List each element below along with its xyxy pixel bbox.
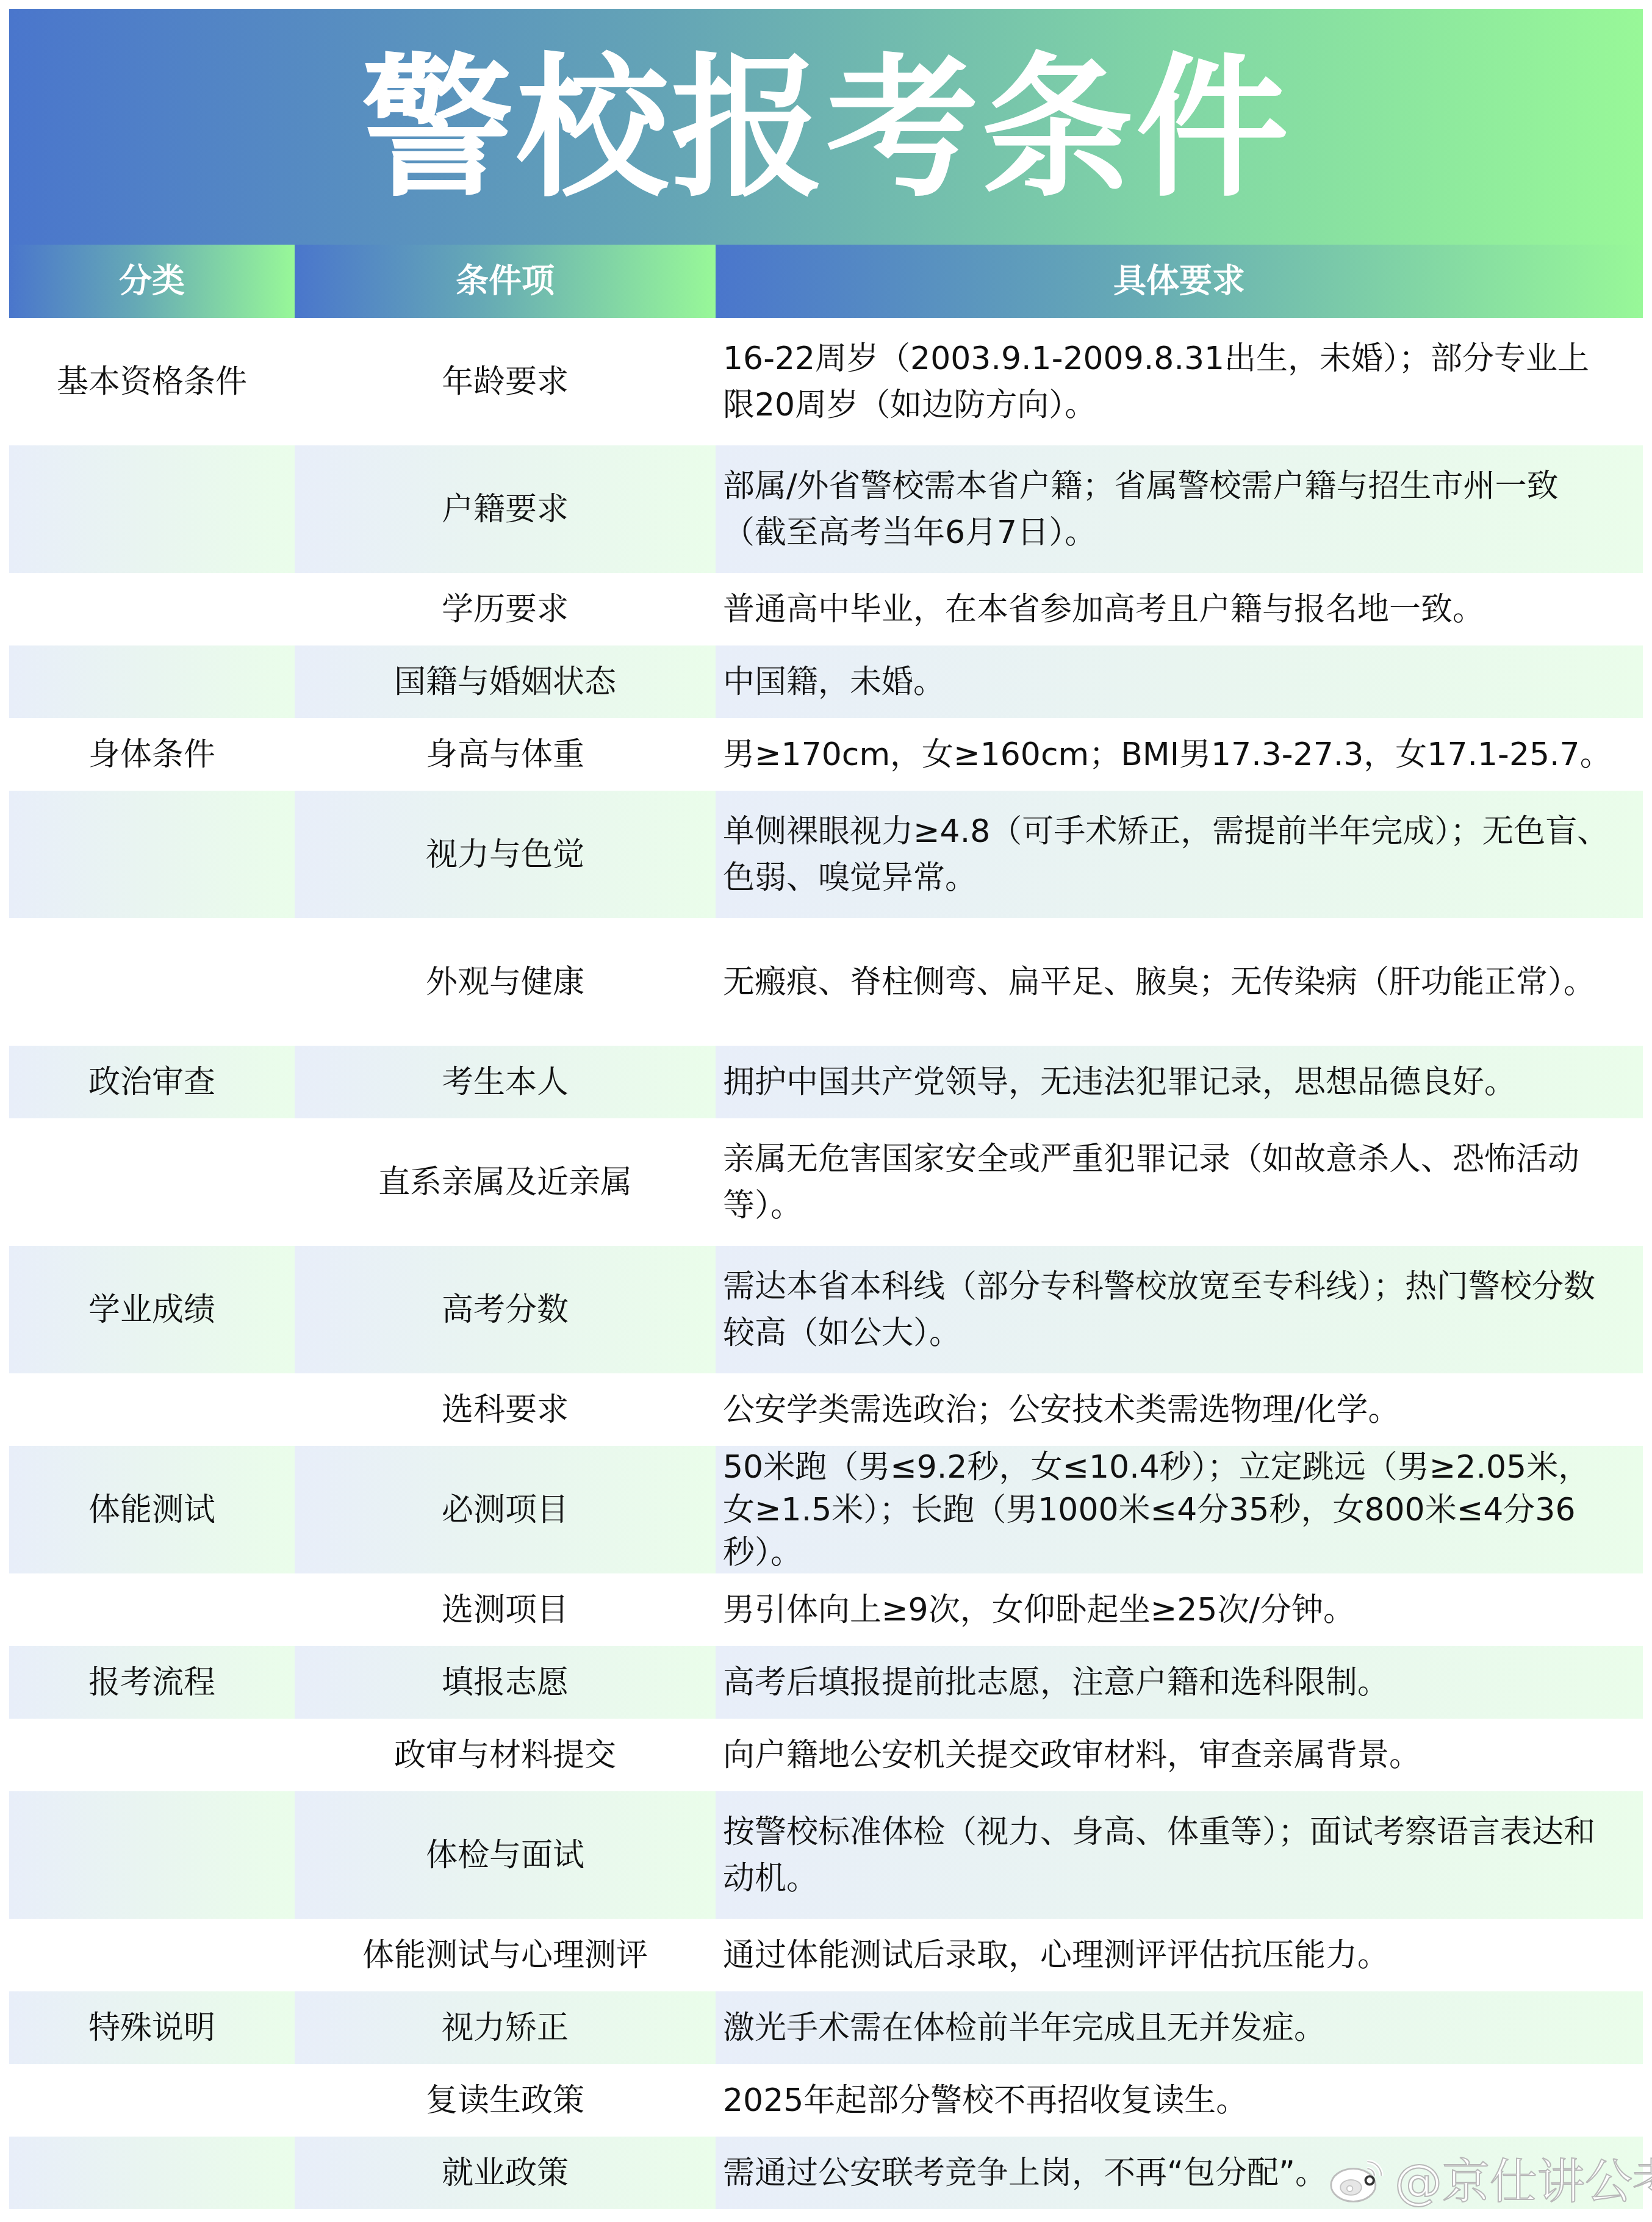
item-cell: 高考分数 <box>295 1246 716 1373</box>
header-requirement: 具体要求 <box>716 245 1643 318</box>
item-cell: 直系亲属及近亲属 <box>295 1118 716 1246</box>
table-row: 学业成绩 高考分数 需达本省本科线（部分专科警校放宽至专科线）；热门警校分数较高… <box>9 1246 1643 1373</box>
table-row: 报考流程 填报志愿 高考后填报提前批志愿，注意户籍和选科限制。 <box>9 1646 1643 1719</box>
title-banner: 警校报考条件 <box>9 9 1643 245</box>
category-cell: 基本资格条件 <box>9 318 295 445</box>
item-cell: 填报志愿 <box>295 1646 716 1719</box>
item-cell: 身高与体重 <box>295 718 716 791</box>
category-cell: 报考流程 <box>9 1646 295 1719</box>
category-cell <box>9 2064 295 2137</box>
category-cell: 学业成绩 <box>9 1246 295 1373</box>
category-cell <box>9 445 295 573</box>
category-cell <box>9 573 295 645</box>
header-item: 条件项 <box>295 245 716 318</box>
table-row: 政治审查 考生本人 拥护中国共产党领导，无违法犯罪记录，思想品德良好。 <box>9 1046 1643 1118</box>
table-row: 直系亲属及近亲属 亲属无危害国家安全或严重犯罪记录（如故意杀人、恐怖活动等）。 <box>9 1118 1643 1246</box>
requirement-cell: 男≥170cm，女≥160cm；BMI男17.3-27.3，女17.1-25.7… <box>716 718 1643 791</box>
item-cell: 学历要求 <box>295 573 716 645</box>
table-row: 选科要求 公安学类需选政治；公安技术类需选物理/化学。 <box>9 1373 1643 1446</box>
category-cell: 身体条件 <box>9 718 295 791</box>
table-row: 体能测试与心理测评 通过体能测试后录取，心理测评评估抗压能力。 <box>9 1919 1643 1991</box>
category-cell: 体能测试 <box>9 1446 295 1573</box>
category-cell: 特殊说明 <box>9 1991 295 2064</box>
category-cell <box>9 1791 295 1919</box>
table-row: 身体条件 身高与体重 男≥170cm，女≥160cm；BMI男17.3-27.3… <box>9 718 1643 791</box>
requirement-cell: 男引体向上≥9次，女仰卧起坐≥25次/分钟。 <box>716 1573 1643 1646</box>
header-category: 分类 <box>9 245 295 318</box>
item-cell: 国籍与婚姻状态 <box>295 645 716 718</box>
requirement-cell: 需达本省本科线（部分专科警校放宽至专科线）；热门警校分数较高（如公大）。 <box>716 1246 1643 1373</box>
table-row: 基本资格条件 年龄要求 16-22周岁（2003.9.1-2009.8.31出生… <box>9 318 1643 445</box>
table-row: 国籍与婚姻状态 中国籍，未婚。 <box>9 645 1643 718</box>
category-cell <box>9 918 295 1046</box>
category-cell <box>9 1719 295 1791</box>
table-row: 特殊说明 视力矫正 激光手术需在体检前半年完成且无并发症。 <box>9 1991 1643 2064</box>
item-cell: 必测项目 <box>295 1446 716 1573</box>
requirements-table: 分类 条件项 具体要求 基本资格条件 年龄要求 16-22周岁（2003.9.1… <box>9 245 1643 2209</box>
item-cell: 就业政策 <box>295 2137 716 2209</box>
requirement-cell: 公安学类需选政治；公安技术类需选物理/化学。 <box>716 1373 1643 1446</box>
requirement-cell: 单侧裸眼视力≥4.8（可手术矫正，需提前半年完成）；无色盲、色弱、嗅觉异常。 <box>716 791 1643 918</box>
category-cell <box>9 1573 295 1646</box>
item-cell: 考生本人 <box>295 1046 716 1118</box>
requirement-cell: 部属/外省警校需本省户籍；省属警校需户籍与招生市州一致（截至高考当年6月7日）。 <box>716 445 1643 573</box>
requirement-cell: 向户籍地公安机关提交政审材料，审查亲属背景。 <box>716 1719 1643 1791</box>
category-cell <box>9 791 295 918</box>
table-row: 户籍要求 部属/外省警校需本省户籍；省属警校需户籍与招生市州一致（截至高考当年6… <box>9 445 1643 573</box>
requirement-cell: 激光手术需在体检前半年完成且无并发症。 <box>716 1991 1643 2064</box>
category-cell <box>9 1919 295 1991</box>
item-cell: 选科要求 <box>295 1373 716 1446</box>
requirement-cell: 按警校标准体检（视力、身高、体重等）；面试考察语言表达和动机。 <box>716 1791 1643 1919</box>
item-cell: 体检与面试 <box>295 1791 716 1919</box>
category-cell <box>9 645 295 718</box>
requirement-cell: 高考后填报提前批志愿，注意户籍和选科限制。 <box>716 1646 1643 1719</box>
requirement-cell: 中国籍，未婚。 <box>716 645 1643 718</box>
item-cell: 体能测试与心理测评 <box>295 1919 716 1991</box>
table-row: 就业政策 需通过公安联考竞争上岗，不再“包分配”。 <box>9 2137 1643 2209</box>
item-cell: 选测项目 <box>295 1573 716 1646</box>
category-cell <box>9 1118 295 1246</box>
requirement-cell: 亲属无危害国家安全或严重犯罪记录（如故意杀人、恐怖活动等）。 <box>716 1118 1643 1246</box>
requirement-cell: 50米跑（男≤9.2秒，女≤10.4秒）；立定跳远（男≥2.05米，女≥1.5米… <box>716 1446 1643 1573</box>
item-cell: 户籍要求 <box>295 445 716 573</box>
requirement-cell: 拥护中国共产党领导，无违法犯罪记录，思想品德良好。 <box>716 1046 1643 1118</box>
item-cell: 视力与色觉 <box>295 791 716 918</box>
table-row: 外观与健康 无瘢痕、脊柱侧弯、扁平足、腋臭；无传染病（肝功能正常）。 <box>9 918 1643 1046</box>
category-cell: 政治审查 <box>9 1046 295 1118</box>
requirement-cell: 无瘢痕、脊柱侧弯、扁平足、腋臭；无传染病（肝功能正常）。 <box>716 918 1643 1046</box>
item-cell: 外观与健康 <box>295 918 716 1046</box>
table-row: 政审与材料提交 向户籍地公安机关提交政审材料，审查亲属背景。 <box>9 1719 1643 1791</box>
table-row: 复读生政策 2025年起部分警校不再招收复读生。 <box>9 2064 1643 2137</box>
item-cell: 年龄要求 <box>295 318 716 445</box>
item-cell: 视力矫正 <box>295 1991 716 2064</box>
table-row: 选测项目 男引体向上≥9次，女仰卧起坐≥25次/分钟。 <box>9 1573 1643 1646</box>
requirement-cell: 2025年起部分警校不再招收复读生。 <box>716 2064 1643 2137</box>
table-row: 体检与面试 按警校标准体检（视力、身高、体重等）；面试考察语言表达和动机。 <box>9 1791 1643 1919</box>
table-row: 学历要求 普通高中毕业，在本省参加高考且户籍与报名地一致。 <box>9 573 1643 645</box>
requirement-cell: 需通过公安联考竞争上岗，不再“包分配”。 <box>716 2137 1643 2209</box>
requirement-cell: 通过体能测试后录取，心理测评评估抗压能力。 <box>716 1919 1643 1991</box>
category-cell <box>9 2137 295 2209</box>
requirement-cell: 普通高中毕业，在本省参加高考且户籍与报名地一致。 <box>716 573 1643 645</box>
item-cell: 政审与材料提交 <box>295 1719 716 1791</box>
table-row: 视力与色觉 单侧裸眼视力≥4.8（可手术矫正，需提前半年完成）；无色盲、色弱、嗅… <box>9 791 1643 918</box>
item-cell: 复读生政策 <box>295 2064 716 2137</box>
page-title: 警校报考条件 <box>9 43 1643 214</box>
table-row: 体能测试 必测项目 50米跑（男≤9.2秒，女≤10.4秒）；立定跳远（男≥2.… <box>9 1446 1643 1573</box>
requirement-cell: 16-22周岁（2003.9.1-2009.8.31出生，未婚）；部分专业上限2… <box>716 318 1643 445</box>
category-cell <box>9 1373 295 1446</box>
table-header-row: 分类 条件项 具体要求 <box>9 245 1643 318</box>
